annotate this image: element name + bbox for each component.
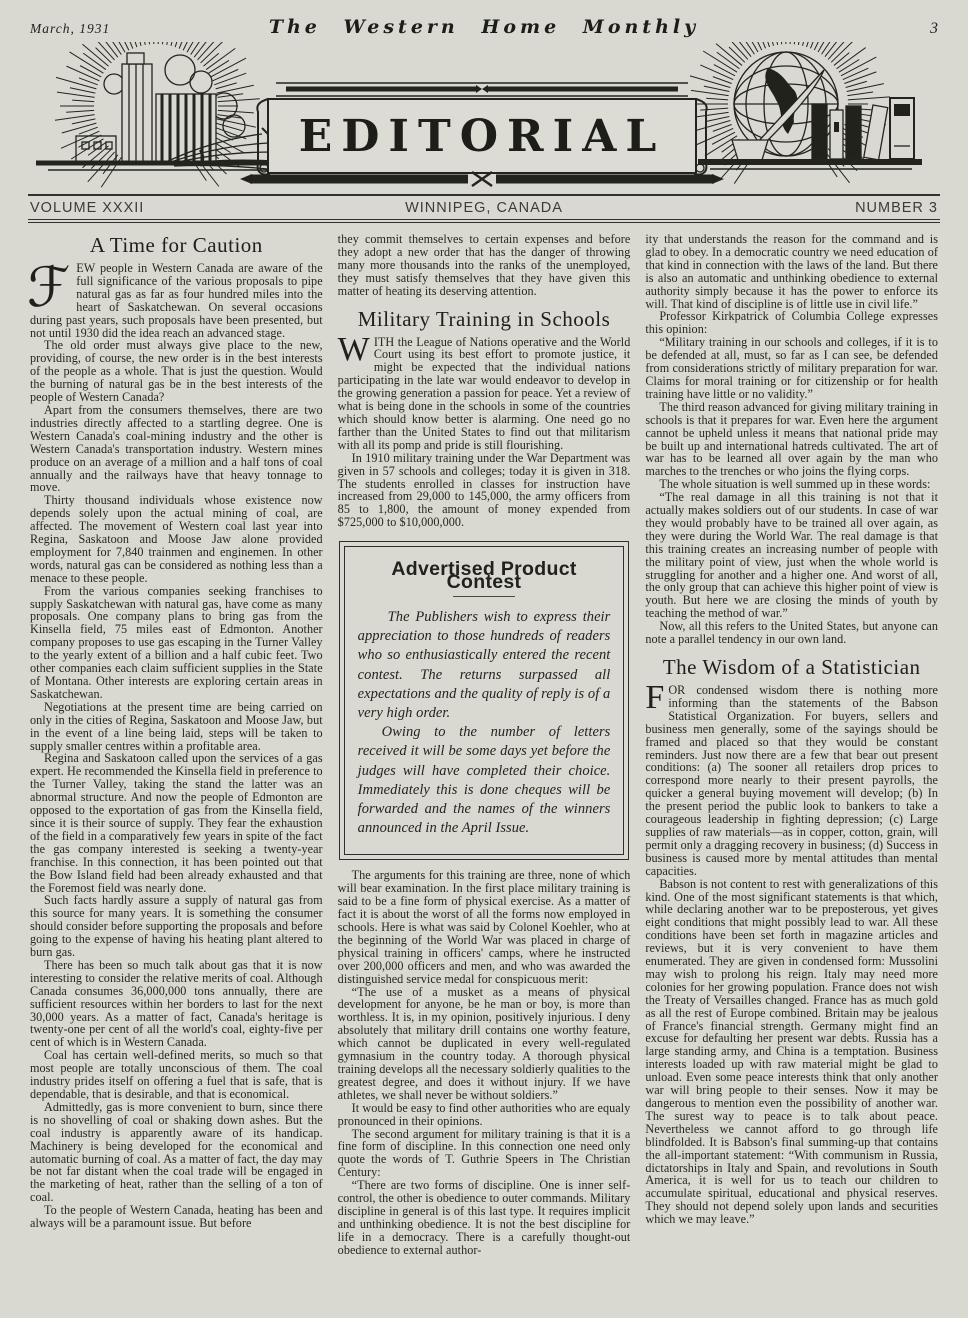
column-3: ity that understands the reason for the … [645,233,938,1257]
paragraph: Thirty thousand individuals whose existe… [30,494,323,584]
volume-label: VOLUME XXXII [30,200,330,216]
contest-title: Advertised Product Contest [358,563,611,589]
drop-cap: W [338,337,370,363]
article-title-military-training: Military Training in Schools [338,307,631,331]
issue-number-label: NUMBER 3 [638,200,938,216]
paragraph: ity that understands the reason for the … [645,233,938,310]
column-1: A Time for Caution ℱEW people in Western… [30,233,323,1257]
inkwell-icon [732,140,768,160]
paragraph: “There are two forms of discipline. One … [338,1179,631,1256]
paragraph: The second argument for military trainin… [338,1128,631,1180]
paragraph: they commit themselves to certain expens… [338,233,631,298]
advertised-product-contest-box: Advertised Product Contest The Publisher… [339,541,630,860]
lead-text: ITH the League of Nations operative and … [338,335,631,452]
paragraph: “Military training in our schools and co… [645,336,938,401]
paragraph: There has been so much talk about gas th… [30,959,323,1049]
editorial-banner: EDITORIAL [28,42,940,192]
paragraph: Admittedly, gas is more convenient to bu… [30,1101,323,1204]
page-header: March, 1931 The Western Home Monthly 3 [0,0,968,38]
volume-row: VOLUME XXXII WINNIPEG, CANADA NUMBER 3 [0,196,968,219]
paragraph: “The real damage in all this training is… [645,491,938,620]
contest-box-inner: Advertised Product Contest The Publisher… [344,546,625,855]
paragraph: FOR condensed wisdom there is nothing mo… [645,684,938,878]
lead-text: OR condensed wisdom there is nothing mor… [645,683,938,878]
paragraph: The Publishers wish to express their app… [358,608,611,723]
paragraph: The third reason advanced for giving mil… [645,401,938,478]
books-icon [812,98,914,160]
paragraph: It would be easy to find other authoriti… [338,1102,631,1128]
paragraph: Regina and Saskatoon called upon the ser… [30,752,323,894]
paragraph: The arguments for this training are thre… [338,869,631,985]
lead-text: EW people in Western Canada are aware of… [30,261,323,340]
article-title-caution: A Time for Caution [30,233,323,257]
editorial-columns: A Time for Caution ℱEW people in Western… [0,223,968,1257]
masthead-title: The Western Home Monthly [250,16,718,38]
page-number: 3 [718,20,938,38]
paragraph: Coal has certain well-defined merits, so… [30,1049,323,1101]
drop-cap: F [645,685,664,711]
scroll-banner: EDITORIAL [240,83,724,186]
paragraph: Negotiations at the present time are bei… [30,701,323,753]
globe-books-icon [689,42,922,184]
paragraph: Such facts hardly assure a supply of nat… [30,894,323,959]
city-label: WINNIPEG, CANADA [330,200,638,216]
paragraph: Owing to the number of letters received … [358,723,611,838]
issue-date: March, 1931 [30,21,250,37]
paragraph: “The use of a musket as a means of physi… [338,986,631,1102]
paragraph: WITH the League of Nations operative and… [338,336,631,452]
paragraph: Now, all this refers to the United State… [645,620,938,646]
paragraph: The old order must always give place to … [30,339,323,404]
paragraph: Apart from the consumers themselves, the… [30,404,323,494]
paragraph: Professor Kirkpatrick of Columbia Colleg… [645,310,938,336]
paragraph: Babson is not content to rest with gener… [645,878,938,1226]
article-title-statistician: The Wisdom of a Statistician [645,655,938,679]
column-2: they commit themselves to certain expens… [338,233,631,1257]
contest-title-rule [453,596,515,597]
banner-title: EDITORIAL [299,111,666,162]
paragraph: To the people of Western Canada, heating… [30,1204,323,1230]
drop-cap: ℱ [27,265,70,309]
paragraph: From the various companies seeking franc… [30,585,323,701]
paragraph: In 1910 military training under the War … [338,452,631,529]
paragraph: ℱEW people in Western Canada are aware o… [30,262,323,339]
magazine-page: March, 1931 The Western Home Monthly 3 [0,0,968,1318]
